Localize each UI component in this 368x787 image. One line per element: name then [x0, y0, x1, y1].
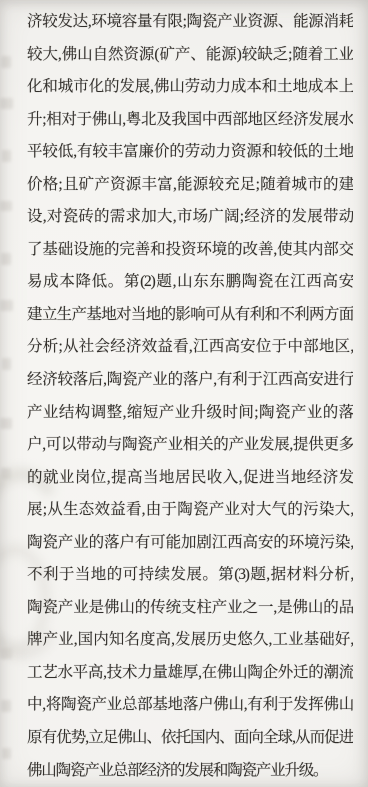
text-line: 易成本降低。第(2)题,山东东鹏陶瓷在江西高安 [27, 266, 353, 299]
scan-artifact [1, 468, 11, 479]
text-line: 中,将陶瓷产业总部基地落户佛山,有利于发挥佛山 [27, 689, 353, 722]
text-line: 原有优势,立足佛山、依托国内、面向全球,从而促进 [27, 722, 353, 755]
text-line: 牌产业,国内知名度高,发展历史悠久,工业基础好, [27, 624, 353, 657]
text-line: 济较发达,环境容量有限;陶瓷产业资源、能源消耗 [27, 6, 353, 39]
scan-artifact [0, 418, 12, 429]
text-line: 建立生产基地对当地的影响可从有利和不利两方面 [27, 299, 353, 332]
scan-artifact [2, 150, 11, 162]
scan-artifact [2, 748, 11, 759]
text-line: 了基础设施的完善和投资环境的改善,使其内部交 [27, 234, 353, 267]
text-line: 平较低,有较丰富廉价的劳动力资源和较低的土地 [27, 136, 353, 169]
scan-artifact [0, 300, 13, 311]
answer-text-block: 济较发达,环境容量有限;陶瓷产业资源、能源消耗 较大,佛山自然资源(矿产、能源)… [27, 6, 353, 787]
scan-artifact [1, 56, 11, 68]
text-line: 户,可以带动与陶瓷产业相关的产业发展,提供更多 [27, 429, 353, 462]
scan-artifact [0, 98, 13, 109]
scan-artifact [2, 358, 11, 370]
text-line: 陶瓷产业是佛山的传统支柱产业之一,是佛山的品 [27, 592, 353, 625]
text-line: 经济较落后,陶瓷产业的落户,有利于江西高安进行 [27, 364, 353, 397]
text-line: 工艺水平高,技术力量雄厚,在佛山陶企外迁的潮流 [27, 657, 353, 690]
text-line: 的就业岗位,提高当地居民收入,促进当地经济发 [27, 462, 353, 495]
text-line: 化和城市化的发展,佛山劳动力成本和土地成本上 [27, 71, 353, 104]
text-line: 不利于当地的可持续发展。第(3)题,据材料分析, [27, 559, 353, 592]
text-line: 升;相对于佛山,粤北及我国中西部地区经济发展水 [27, 104, 353, 137]
scanned-page: 济较发达,环境容量有限;陶瓷产业资源、能源消耗 较大,佛山自然资源(矿产、能源)… [0, 0, 368, 787]
scan-artifact [1, 253, 11, 265]
text-line: 分析;从社会经济效益看,江西高安位于中部地区, [27, 331, 353, 364]
scan-artifact [0, 648, 12, 659]
scan-artifact [0, 201, 12, 211]
text-line: 产业结构调整,缩短产业升级时间;陶瓷产业的落 [27, 397, 353, 430]
text-line: 佛山陶瓷产业总部经济的发展和陶瓷产业升级。 [27, 755, 353, 787]
text-line: 陶瓷产业的落户有可能加剧江西高安的环境污染, [27, 527, 353, 560]
text-line: 设,对瓷砖的需求加大,市场广阔;经济的发展带动 [27, 201, 353, 234]
scan-artifact [1, 700, 11, 712]
text-line: 价格;且矿产资源丰富,能源较充足;随着城市的建 [27, 169, 353, 202]
text-line: 较大,佛山自然资源(矿产、能源)较缺乏;随着工业 [27, 39, 353, 72]
text-line: 展;从生态效益看,由于陶瓷产业对大气的污染大, [27, 494, 353, 527]
